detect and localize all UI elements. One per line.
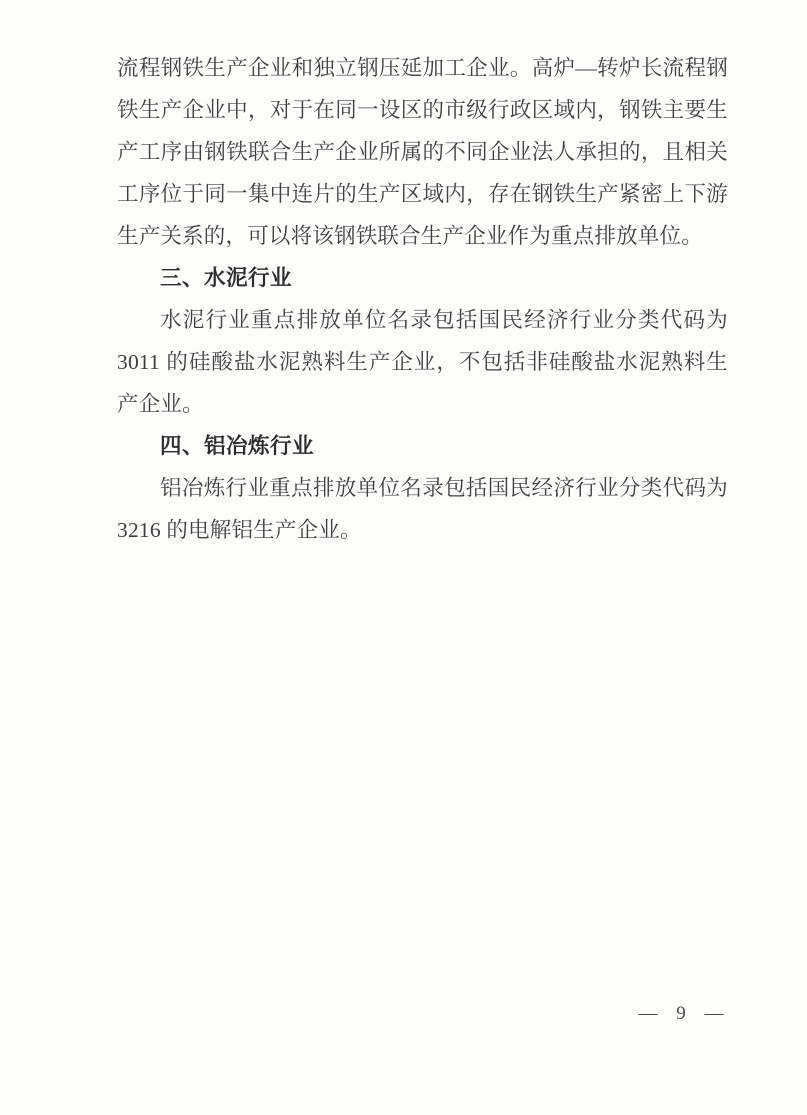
page-number: — 9 — bbox=[612, 1000, 757, 1028]
paragraph-aluminum-smelting-industry: 铝冶炼行业重点排放单位名录包括国民经济行业分类代码为 3216 的电解铝生产企业… bbox=[117, 467, 728, 551]
paragraph-steel-continuation: 流程钢铁生产企业和独立钢压延加工企业。高炉—转炉长流程钢铁生产企业中，对于在同一… bbox=[117, 47, 728, 257]
document-page: 流程钢铁生产企业和独立钢压延加工企业。高炉—转炉长流程钢铁生产企业中，对于在同一… bbox=[0, 0, 807, 1115]
paragraph-cement-industry: 水泥行业重点排放单位名录包括国民经济行业分类代码为 3011 的硅酸盐水泥熟料生… bbox=[117, 299, 728, 425]
heading-aluminum-smelting-industry: 四、铝冶炼行业 bbox=[117, 425, 728, 467]
heading-cement-industry: 三、水泥行业 bbox=[117, 257, 728, 299]
document-body: 流程钢铁生产企业和独立钢压延加工企业。高炉—转炉长流程钢铁生产企业中，对于在同一… bbox=[117, 47, 728, 551]
